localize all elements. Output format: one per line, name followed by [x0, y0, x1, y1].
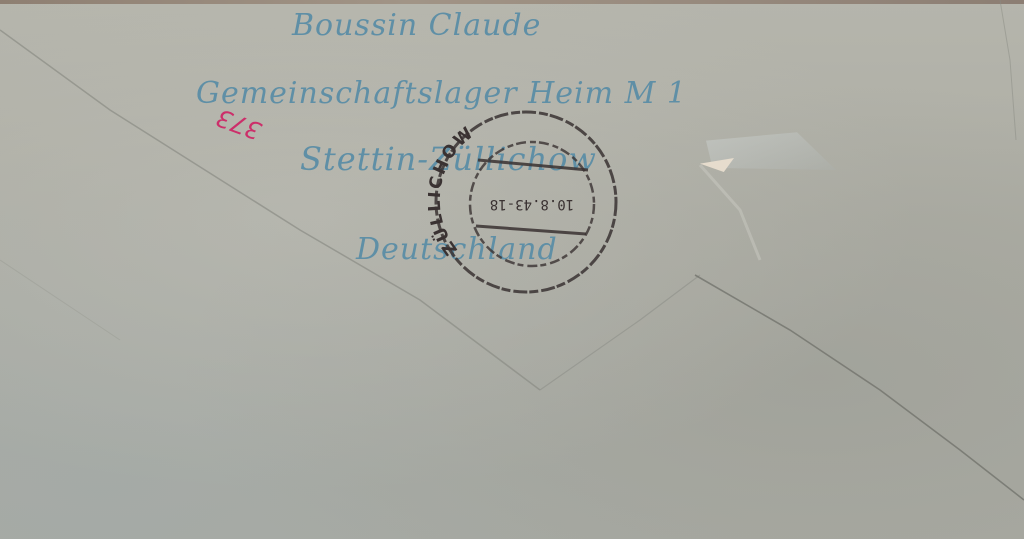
address-line-name: Boussin Claude — [292, 8, 541, 43]
postmark-date: 10.8.43-18 — [490, 196, 574, 212]
envelope-back: Boussin Claude Gemeinschaftslager Heim M… — [0, 0, 1024, 539]
postmark-circle-icon: ZÜLLICHOW 10.8.43-18 — [428, 100, 624, 304]
postmark-stamp: ZÜLLICHOW 10.8.43-18 — [428, 100, 624, 304]
